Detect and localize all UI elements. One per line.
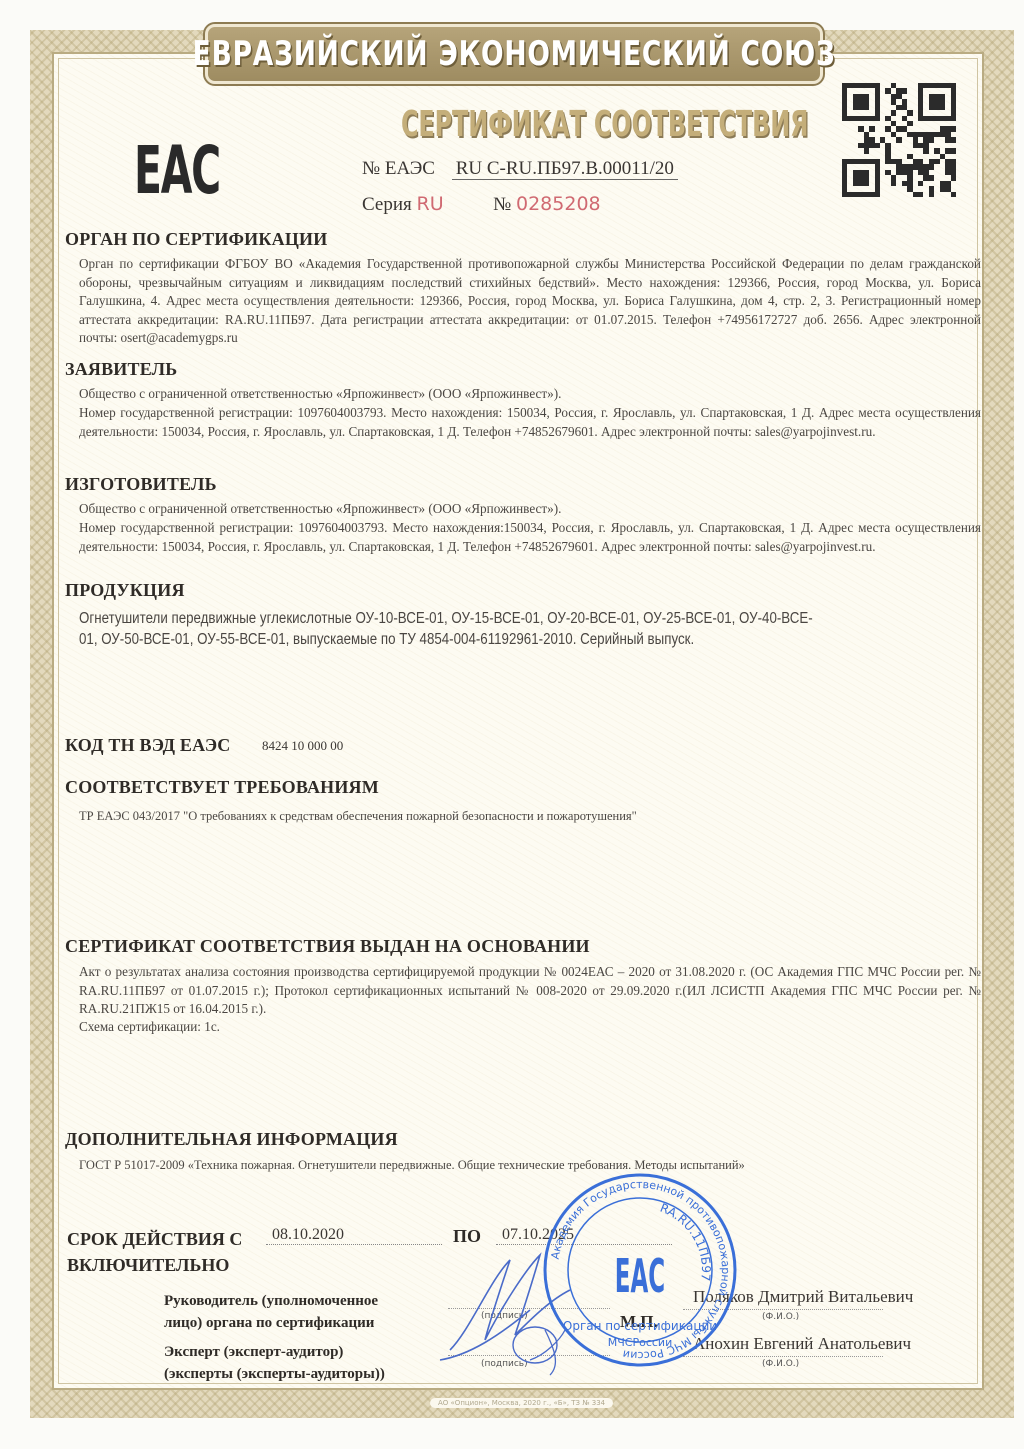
expert-name-caption: (Ф.И.О.) <box>762 1359 799 1369</box>
union-banner: ЕВРАЗИЙСКИЙ ЭКОНОМИЧЕСКИЙ СОЮЗ <box>205 24 823 84</box>
product-line-2: 01, ОУ-50-ВСЕ-01, ОУ-55-ВСЕ-01, выпускае… <box>79 630 989 650</box>
certification-stamp-icon: Академия Государственной противопожарной… <box>540 1170 740 1370</box>
printer-imprint: АО «Опцион», Москва, 2020 г., «Б», ТЗ № … <box>430 1398 613 1408</box>
reg-value: RU C-RU.ПБ97.В.00011/20 <box>452 158 678 180</box>
heading-product: ПРОДУКЦИЯ <box>65 580 185 601</box>
registration-number: № ЕАЭС RU C-RU.ПБ97.В.00011/20 <box>362 158 678 180</box>
certification-scheme: Схема сертификации: 1с. <box>79 1018 981 1037</box>
heading-manufacturer: ИЗГОТОВИТЕЛЬ <box>65 474 217 495</box>
qr-code-icon <box>842 83 956 197</box>
manufacturer-details: Номер государственной регистрации: 10976… <box>79 519 981 556</box>
svg-text:EAC: EAC <box>615 1249 665 1303</box>
hs-code-value: 8424 10 000 00 <box>262 738 343 754</box>
heading-certification-body: ОРГАН ПО СЕРТИФИКАЦИИ <box>65 229 327 250</box>
series-label: Серия <box>362 194 412 215</box>
form-number-value: 0285208 <box>516 193 601 215</box>
requirements-text: ТР ЕАЭС 043/2017 "О требованиях к средст… <box>79 807 981 826</box>
valid-from-date: 08.10.2020 <box>266 1226 442 1245</box>
heading-applicant: ЗАЯВИТЕЛЬ <box>65 359 177 380</box>
head-signatory-label: Руководитель (уполномоченное лицо) орган… <box>164 1290 378 1334</box>
applicant-details: Номер государственной регистрации: 10976… <box>79 404 981 441</box>
expert-signatory-label: Эксперт (эксперт-аудитор) (эксперты (экс… <box>164 1341 385 1385</box>
reg-label: № ЕАЭС <box>362 158 435 179</box>
applicant-name: Общество с ограниченной ответственностью… <box>79 385 981 404</box>
head-name-caption: (Ф.И.О.) <box>762 1312 799 1322</box>
series-line: Серия RU № 0285208 <box>362 193 601 216</box>
certificate-body <box>52 52 984 1390</box>
additional-info-text: ГОСТ Р 51017-2009 «Техника пожарная. Огн… <box>79 1156 981 1175</box>
heading-requirements: СООТВЕТСТВУЕТ ТРЕБОВАНИЯМ <box>65 777 379 798</box>
validity-label: СРОК ДЕЙСТВИЯ С ВКЛЮЧИТЕЛЬНО <box>67 1226 242 1278</box>
document-title: СЕРТИФИКАТ СООТВЕТСТВИЯ <box>296 104 741 145</box>
form-number-label: № <box>493 194 511 215</box>
heading-additional-info: ДОПОЛНИТЕЛЬНАЯ ИНФОРМАЦИЯ <box>65 1129 398 1150</box>
svg-text:МЧСРоссии: МЧСРоссии <box>608 1336 672 1349</box>
heading-hs-code: КОД ТН ВЭД ЕАЭС <box>65 735 230 756</box>
manufacturer-name: Общество с ограниченной ответственностью… <box>79 500 981 519</box>
eac-logo-icon: EAC <box>134 132 220 209</box>
certification-body-text: Орган по сертификации ФГБОУ ВО «Академия… <box>79 255 981 348</box>
series-value: RU <box>417 193 444 215</box>
basis-text: Акт о результатах анализа состояния прои… <box>79 963 981 1019</box>
svg-text:Орган по сертификации: Орган по сертификации <box>563 1319 717 1333</box>
heading-basis: СЕРТИФИКАТ СООТВЕТСТВИЯ ВЫДАН НА ОСНОВАН… <box>65 936 590 957</box>
product-line-1: Огнетушители передвижные углекислотные О… <box>79 609 989 629</box>
union-banner-text: ЕВРАЗИЙСКИЙ ЭКОНОМИЧЕСКИЙ СОЮЗ <box>193 34 836 74</box>
